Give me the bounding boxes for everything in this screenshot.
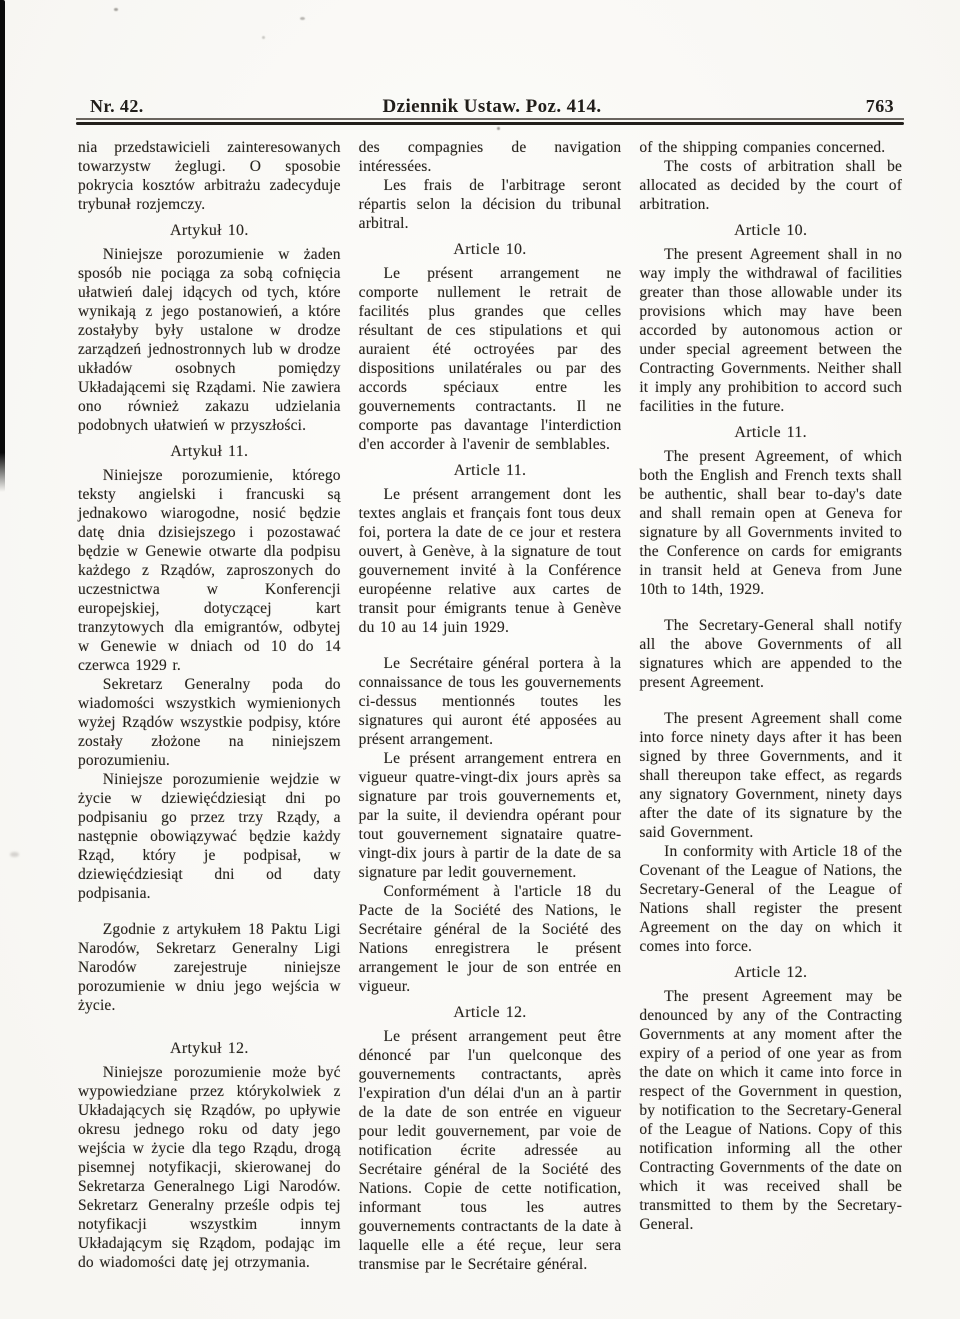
paragraph: Le présent arrangement peut être dénoncé… [359,1027,622,1274]
paragraph: des compagnies de navigation intéressées… [359,138,622,176]
article-heading: Article 10. [639,221,902,240]
journal-title: Dziennik Ustaw. Poz. 414. [383,96,602,118]
article-heading: Artykuł 10. [78,221,341,240]
scan-edge-artifact [0,0,5,492]
paragraph: The present Agreement shall come into fo… [639,709,902,842]
article-heading: Artykuł 11. [78,442,341,461]
issue-number: Nr. 42. [90,96,144,117]
paragraph: Niniejsze porozumienie wejdzie w życie w… [78,770,341,903]
scan-speck [10,852,19,857]
article-heading: Article 10. [359,240,622,259]
column-french: des compagnies de navigation intéressées… [359,138,622,1274]
article-heading: Artykuł 12. [78,1039,341,1058]
scan-speck [114,8,118,11]
paragraph: Niniejsze porozumienie może być wypowied… [78,1063,341,1272]
paragraph: Le présent arrangement dont les textes a… [359,485,622,637]
column-polish: nia przedstawicieli zainteresowanych tow… [78,138,341,1274]
paragraph: of the shipping companies concerned. [639,138,902,157]
paragraph: nia przedstawicieli zainteresowanych tow… [78,138,341,214]
document-page: Nr. 42. Dziennik Ustaw. Poz. 414. 763 ni… [0,0,960,1319]
paragraph: Le présent arrangement ne comporte nulle… [359,264,622,454]
article-heading: Article 12. [359,1003,622,1022]
columns: nia przedstawicieli zainteresowanych tow… [78,138,902,1274]
paragraph: Les frais de l'arbitrage seront répartis… [359,176,622,233]
header-rule-thick [76,122,904,125]
scan-speck [262,36,265,39]
paragraph: The present Agreement may be denounced b… [639,987,902,1234]
header-rule [76,118,904,124]
paragraph: Le présent arrangement entrera en vigueu… [359,749,622,882]
article-heading: Article 11. [359,461,622,480]
paragraph: Conformément à l'article 18 du Pacte de … [359,882,622,996]
paragraph: The present Agreement shall in no way im… [639,245,902,416]
article-heading: Article 11. [639,423,902,442]
paragraph: Zgodnie z artykułem 18 Paktu Ligi Narodó… [78,920,341,1015]
scan-speck [300,17,305,20]
paragraph: The Secretary-General shall notify all t… [639,616,902,692]
paragraph: Le Secrétaire général portera à la conna… [359,654,622,749]
article-heading: Article 12. [639,963,902,982]
header-rule-thin [76,118,904,120]
paragraph: Niniejsze porozumienie, którego teksty a… [78,466,341,675]
column-english: of the shipping companies concerned.The … [639,138,902,1274]
page-header: Nr. 42. Dziennik Ustaw. Poz. 414. 763 [90,96,894,118]
paragraph: The present Agreement, of which both the… [639,447,902,599]
paragraph: Niniejsze porozumienie w żaden sposób ni… [78,245,341,435]
paragraph: The costs of arbitration shall be alloca… [639,157,902,214]
page-number: 763 [866,96,894,117]
paragraph: Sekretarz Generalny poda do wiadomości w… [78,675,341,770]
scan-speck [497,127,500,130]
paragraph: In conformity with Article 18 of the Cov… [639,842,902,956]
